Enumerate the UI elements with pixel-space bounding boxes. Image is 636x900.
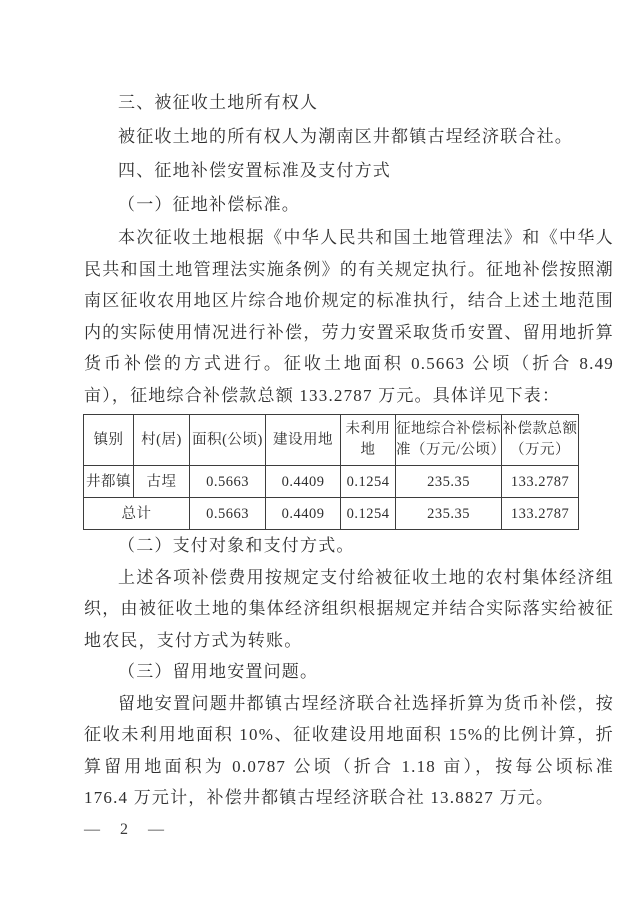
document-page: 三、被征收土地所有权人 被征收土地的所有权人为潮南区井都镇古埕经济联合社。 四、… [0, 0, 636, 900]
section-heading-three: 三、被征收土地所有权人 [84, 86, 614, 120]
cell-standard: 235.35 [396, 498, 502, 530]
paragraph-compensation-standard: 本次征收土地根据《中华人民共和国土地管理法》和《中华人民共和国土地管理法实施条例… [84, 222, 614, 411]
cell-total: 133.2787 [502, 466, 579, 498]
subheading-compensation-standard: （一）征地补偿标准。 [84, 188, 614, 222]
table-header-village: 村(居) [134, 415, 190, 466]
paragraph-retained-land: 留地安置问题井都镇古埕经济联合社选择折算为货币补偿，按征收未利用地面积 10%、… [84, 688, 614, 814]
table-header-unused-land: 未利用地 [341, 415, 396, 466]
cell-village: 古埕 [134, 466, 190, 498]
subheading-retained-land: （三）留用地安置问题。 [84, 656, 614, 688]
cell-construction: 0.4409 [266, 466, 341, 498]
compensation-table: 镇别 村(居) 面积(公顷) 建设用地 未利用地 征地综合补偿标 准（万元/公顷… [83, 414, 579, 530]
table-header-town: 镇别 [84, 415, 134, 466]
table-header-row: 镇别 村(居) 面积(公顷) 建设用地 未利用地 征地综合补偿标 准（万元/公顷… [84, 415, 579, 466]
cell-construction: 0.4409 [266, 498, 341, 530]
cell-area: 0.5663 [190, 466, 266, 498]
paragraph-payment-method: 上述各项补偿费用按规定支付给被征收土地的农村集体经济组织，由被征收土地的集体经济… [84, 562, 614, 657]
cell-unused: 0.1254 [341, 466, 396, 498]
section-heading-four: 四、征地补偿安置标准及支付方式 [84, 154, 614, 188]
table-header-construction-land: 建设用地 [266, 415, 341, 466]
cell-area: 0.5663 [190, 498, 266, 530]
table-header-comp-total: 补偿款总额 （万元） [502, 415, 579, 466]
table-row-total: 总计 0.5663 0.4409 0.1254 235.35 133.2787 [84, 498, 579, 530]
table-header-comp-standard: 征地综合补偿标 准（万元/公顷） [396, 415, 502, 466]
cell-total-label: 总计 [84, 498, 190, 530]
document-body: 三、被征收土地所有权人 被征收土地的所有权人为潮南区井都镇古埕经济联合社。 四、… [84, 86, 614, 839]
table-header-area: 面积(公顷) [190, 415, 266, 466]
subheading-payment-method: （二）支付对象和支付方式。 [84, 530, 614, 562]
table-row-jingdu: 井都镇 古埕 0.5663 0.4409 0.1254 235.35 133.2… [84, 466, 579, 498]
paragraph-land-owner: 被征收土地的所有权人为潮南区井都镇古埕经济联合社。 [84, 120, 614, 154]
cell-standard: 235.35 [396, 466, 502, 498]
cell-unused: 0.1254 [341, 498, 396, 530]
cell-town: 井都镇 [84, 466, 134, 498]
page-number: — 2 — [84, 821, 614, 839]
cell-total: 133.2787 [502, 498, 579, 530]
